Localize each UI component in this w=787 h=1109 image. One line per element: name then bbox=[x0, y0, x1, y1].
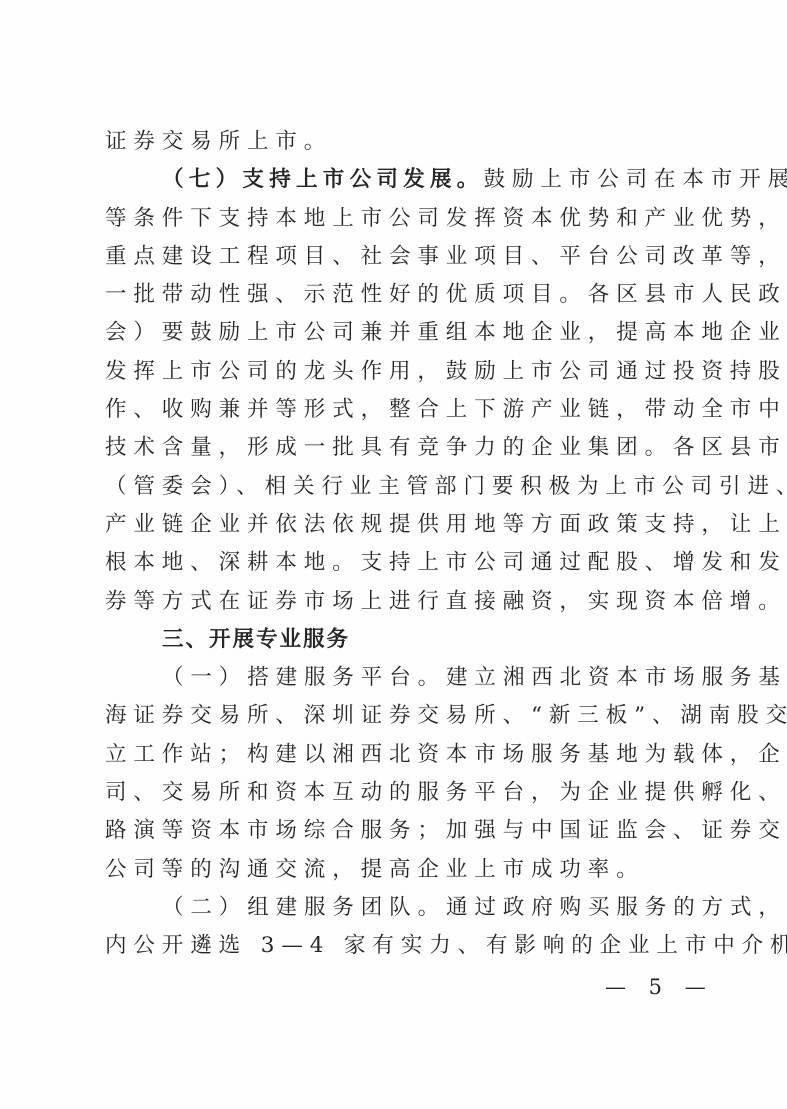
text-line: 会）要鼓励上市公司兼并重组本地企业，提高本地企业规模质量， bbox=[105, 314, 685, 352]
paragraph-lead-bold: （七）支持上市公司发展。 bbox=[162, 167, 484, 192]
text-line: 路演等资本市场综合服务；加强与中国证监会、证券交易所、证券 bbox=[105, 812, 685, 850]
text-line: 作、收购兼并等形式，整合上下游产业链，带动全市中小企业提升 bbox=[105, 391, 685, 429]
document-body: 证券交易所上市。 （七）支持上市公司发展。鼓励上市公司在本市开展业务，同 等条件… bbox=[105, 123, 685, 966]
text-line: 一批带动性强、示范性好的优质项目。各区县市人民政府（管委 bbox=[105, 276, 685, 314]
section-heading: 三、开展专业服务 bbox=[105, 621, 685, 659]
text-line: 产业链企业并依法依规提供用地等方面政策支持，让上市公司扎 bbox=[105, 506, 685, 544]
text-line: 等条件下支持本地上市公司发挥资本优势和产业优势，参与本市 bbox=[105, 200, 685, 238]
document-page: 证券交易所上市。 （七）支持上市公司发展。鼓励上市公司在本市开展业务，同 等条件… bbox=[0, 0, 787, 1109]
paragraph-text: 通过政府购买服务的方式，在全国范围 bbox=[446, 895, 787, 920]
text-line: 立工作站；构建以湘西北资本市场服务基地为载体，企业、证券公 bbox=[105, 736, 685, 774]
paragraph-start-build-service-team: （二）组建服务团队。通过政府购买服务的方式，在全国范围 bbox=[105, 889, 685, 927]
paragraph-lead: （一）搭建服务平台。 bbox=[162, 665, 446, 690]
text-line: 技术含量，形成一批具有竞争力的企业集团。各区县市人民政府 bbox=[105, 429, 685, 467]
text-line: （管委会）、相关行业主管部门要积极为上市公司引进、建设上下游 bbox=[105, 468, 685, 506]
paragraph-text: 建立湘西北资本市场服务基地，引进上 bbox=[446, 665, 787, 690]
text-line: 证券交易所上市。 bbox=[105, 123, 685, 161]
paragraph-lead: （二）组建服务团队。 bbox=[162, 895, 446, 920]
text-line: 券等方式在证券市场上进行直接融资，实现资本倍增。 bbox=[105, 583, 685, 621]
text-line: 重点建设工程项目、社会事业项目、平台公司改革等，在全市打造 bbox=[105, 238, 685, 276]
text-line: 海证券交易所、深圳证券交易所、“新三板”、湖南股交所在常德设 bbox=[105, 697, 685, 735]
text-line: 内公开遴选 3—4 家有实力、有影响的企业上市中介机构（证券公 bbox=[105, 927, 685, 965]
text-line: 根本地、深耕本地。支持上市公司通过配股、增发和发行可转换债 bbox=[105, 544, 685, 582]
text-line: 公司等的沟通交流，提高企业上市成功率。 bbox=[105, 851, 685, 889]
paragraph-text: 鼓励上市公司在本市开展业务，同 bbox=[484, 167, 787, 192]
paragraph-start-build-service-platform: （一）搭建服务平台。建立湘西北资本市场服务基地，引进上 bbox=[105, 659, 685, 697]
text-line: 司、交易所和资本互动的服务平台，为企业提供孵化、培育、培训、 bbox=[105, 774, 685, 812]
page-number: — 5 — bbox=[605, 974, 714, 1000]
paragraph-start-support-listed-companies: （七）支持上市公司发展。鼓励上市公司在本市开展业务，同 bbox=[105, 161, 685, 199]
text-line: 发挥上市公司的龙头作用，鼓励上市公司通过投资持股、战略合 bbox=[105, 353, 685, 391]
